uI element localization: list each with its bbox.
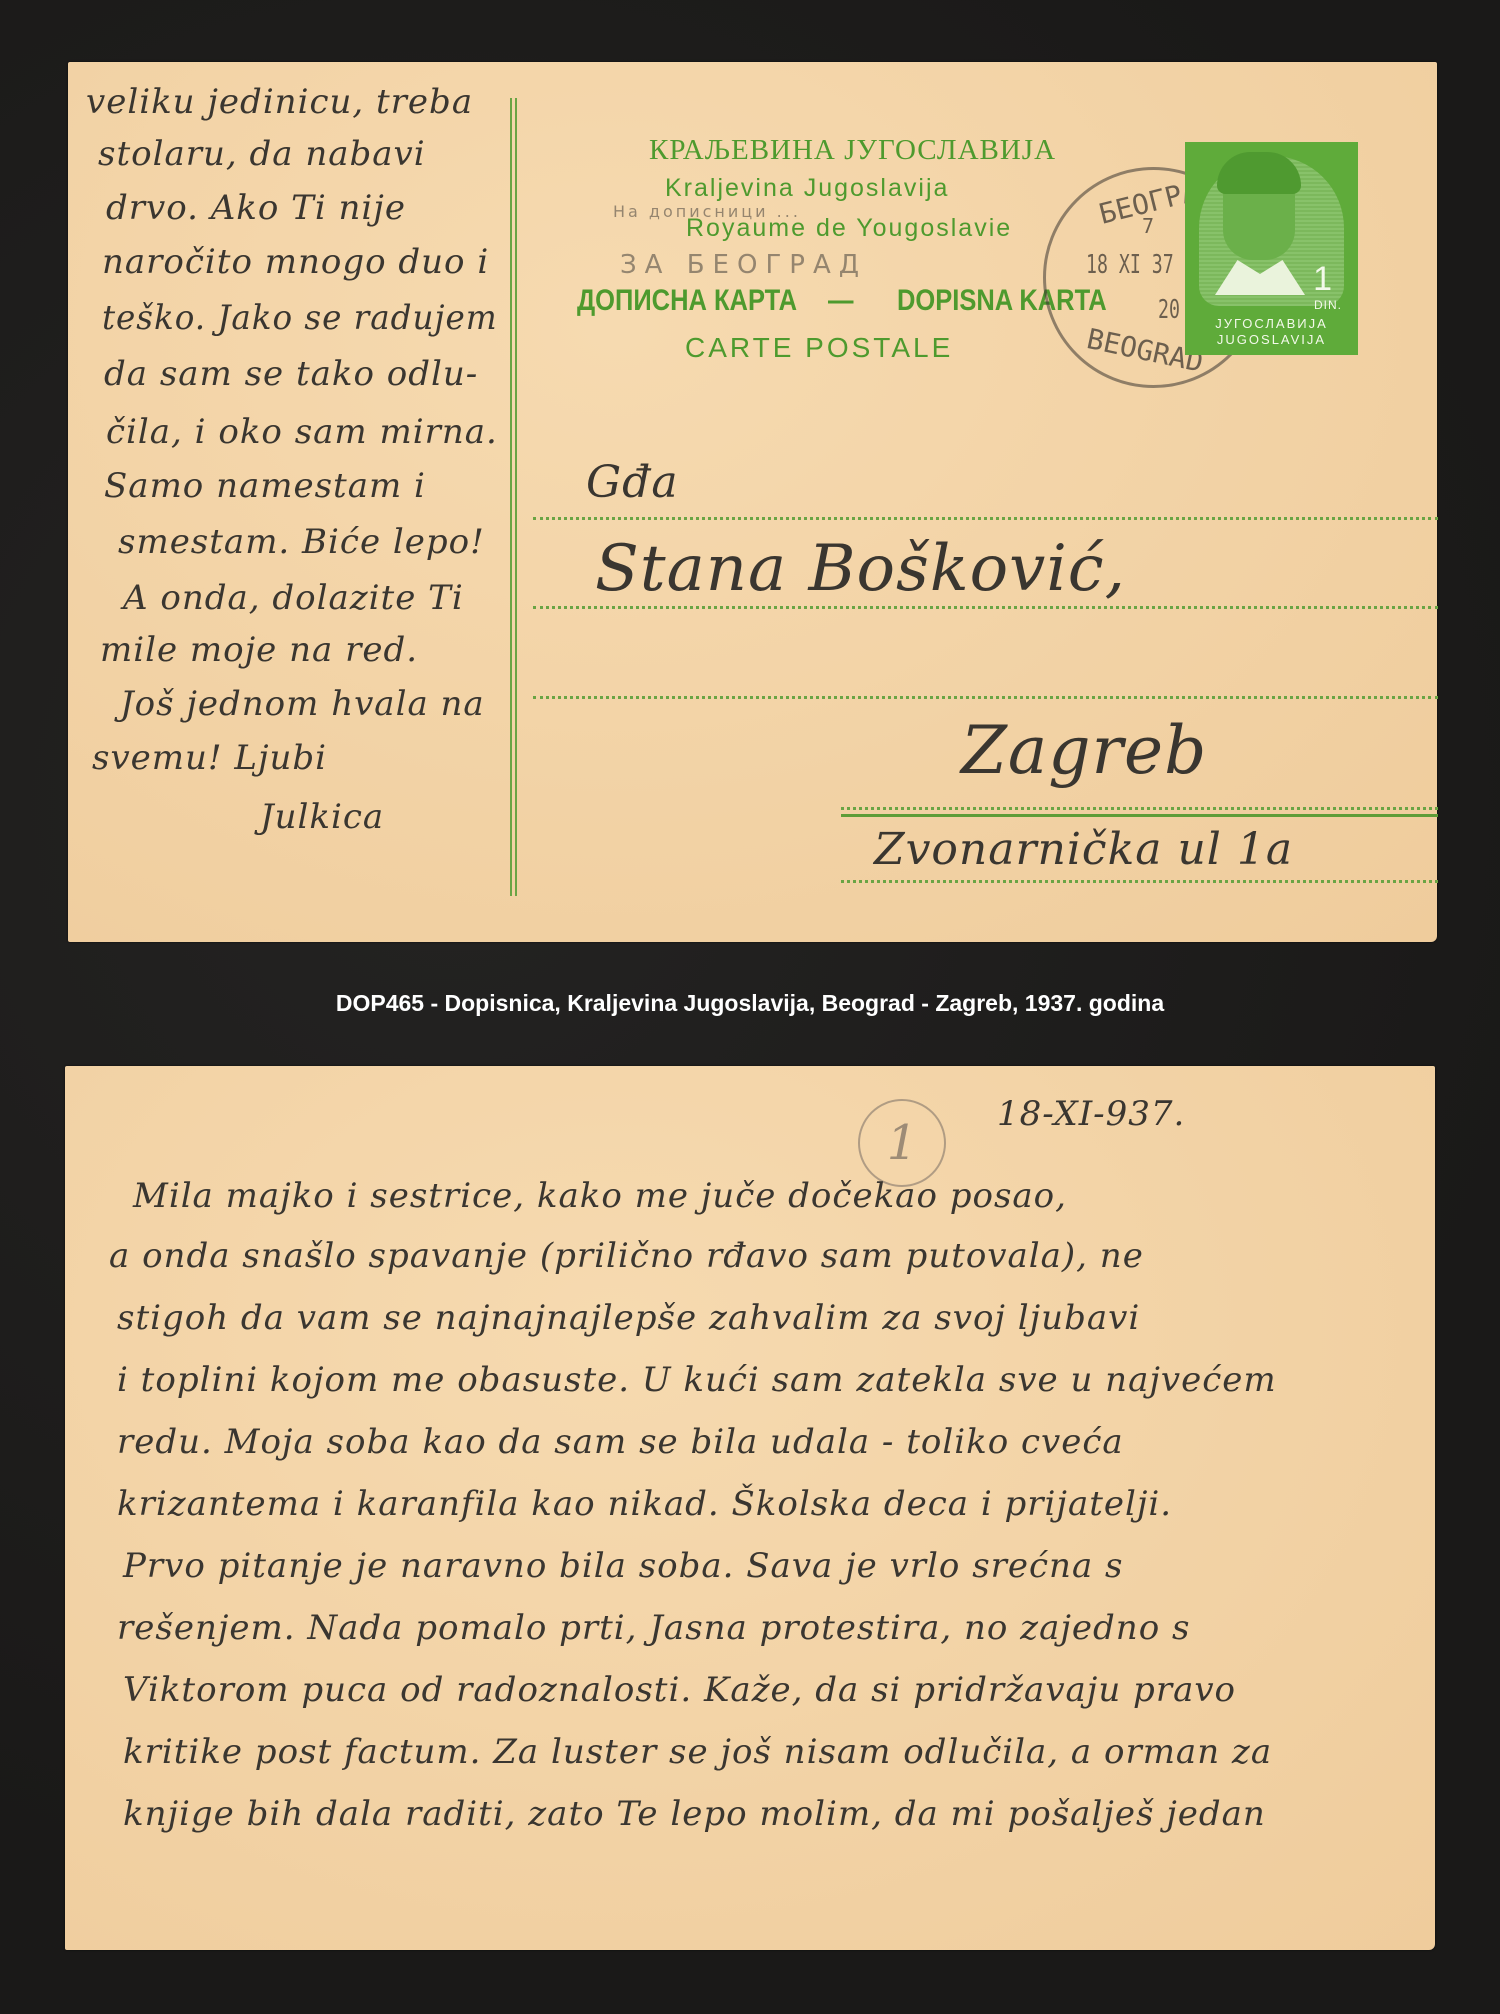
message-line: krizantema i karanfila kao nikad. Školsk… bbox=[117, 1484, 1172, 1524]
message-line: čila, i oko sam mirna. bbox=[106, 412, 498, 452]
stamp-country-latin: JUGOSLAVIJA bbox=[1185, 332, 1358, 347]
address-line-1 bbox=[533, 517, 1438, 520]
address-city: Zagreb bbox=[961, 712, 1207, 789]
message-line: Prvo pitanje je naravno bila soba. Sava … bbox=[123, 1546, 1123, 1586]
postcard-back: 1 18-XI-937. Mila majko i sestrice, kako… bbox=[65, 1066, 1435, 1950]
page-number-circle: 1 bbox=[858, 1099, 946, 1187]
message-line: naročito mnogo duo i bbox=[102, 242, 489, 282]
message-line: svemu! Ljubi bbox=[92, 738, 327, 778]
message-line: smestam. Biće lepo! bbox=[118, 522, 485, 562]
message-line: redu. Moja soba kao da sam se bila udala… bbox=[117, 1422, 1124, 1462]
message-line: i toplini kojom me obasuste. U kući sam … bbox=[117, 1360, 1277, 1400]
message-line: Još jednom hvala na bbox=[120, 684, 485, 724]
message-line: stigoh da vam se najnajnajlepše zahvalim… bbox=[117, 1298, 1140, 1338]
message-line: Mila majko i sestrice, kako me juče doče… bbox=[133, 1176, 1067, 1216]
message-line: rešenjem. Nada pomalo prti, Jasna protes… bbox=[117, 1608, 1190, 1648]
message-line: teško. Jako se radujem bbox=[102, 298, 498, 338]
address-salutation: Gđa bbox=[586, 457, 679, 508]
message-line: a onda snašlo spavanje (prilično rđavo s… bbox=[109, 1236, 1144, 1276]
card-type-separator: — bbox=[828, 284, 854, 318]
stamp-value: 1 bbox=[1313, 260, 1332, 299]
address-street: Zvonarnička ul 1a bbox=[874, 824, 1293, 875]
message-line: drvo. Ako Ti nije bbox=[106, 188, 406, 228]
address-line-5 bbox=[841, 880, 1438, 883]
postcard-front: veliku jedinicu, treba stolaru, da nabav… bbox=[68, 62, 1437, 942]
message-line: mile moje na red. bbox=[100, 630, 418, 670]
title-latin: Kraljevina Jugoslavija bbox=[665, 174, 949, 203]
slogan-cancel-line2: ЗА БЕОГРАД bbox=[620, 250, 867, 280]
message-line: Viktorom puca od radoznalosti. Kaže, da … bbox=[123, 1670, 1236, 1710]
message-line: veliku jedinicu, treba bbox=[86, 82, 473, 122]
message-line: stolaru, da nabavi bbox=[98, 134, 426, 174]
message-line: kritike post factum. Za luster se još ni… bbox=[123, 1732, 1272, 1772]
address-line-2 bbox=[533, 606, 1438, 609]
card-type-cyrillic: ДОПИСНА КАРТА bbox=[577, 284, 797, 318]
divider-line bbox=[515, 98, 517, 896]
signature: Julkica bbox=[260, 797, 384, 837]
letter-date: 18-XI-937. bbox=[997, 1094, 1185, 1134]
message-line: knjige bih dala raditi, zato Te lepo mol… bbox=[123, 1794, 1266, 1834]
card-type-french: CARTE POSTALE bbox=[685, 332, 953, 364]
divider-line bbox=[510, 98, 512, 896]
address-name: Stana Bošković, bbox=[595, 532, 1126, 606]
caption: DOP465 - Dopisnica, Kraljevina Jugoslavi… bbox=[0, 990, 1500, 1017]
message-line: Samo namestam i bbox=[104, 466, 426, 506]
message-line: A onda, dolazite Ti bbox=[123, 578, 464, 618]
address-line-4-solid bbox=[841, 814, 1438, 817]
slogan-cancel-line1: На дописници ... bbox=[613, 202, 801, 221]
postmark-time: 20 bbox=[1158, 295, 1180, 325]
postmark-number: 7 bbox=[1142, 214, 1154, 238]
stamp-country-cyrillic: ЈУГОСЛАВИЈА bbox=[1185, 316, 1358, 331]
postage-stamp: 1 DIN. ЈУГОСЛАВИЈА JUGOSLAVIJA bbox=[1185, 142, 1358, 355]
message-line: da sam se tako odlu- bbox=[104, 354, 478, 394]
stamp-currency: DIN. bbox=[1314, 298, 1342, 312]
address-line-4-dotted bbox=[841, 807, 1438, 810]
postmark-date: 18 XI 37 bbox=[1086, 250, 1174, 280]
address-line-3 bbox=[533, 696, 1438, 699]
title-cyrillic: КРАЉЕВИНА ЈУГОСЛАВИЈА bbox=[649, 134, 1056, 167]
